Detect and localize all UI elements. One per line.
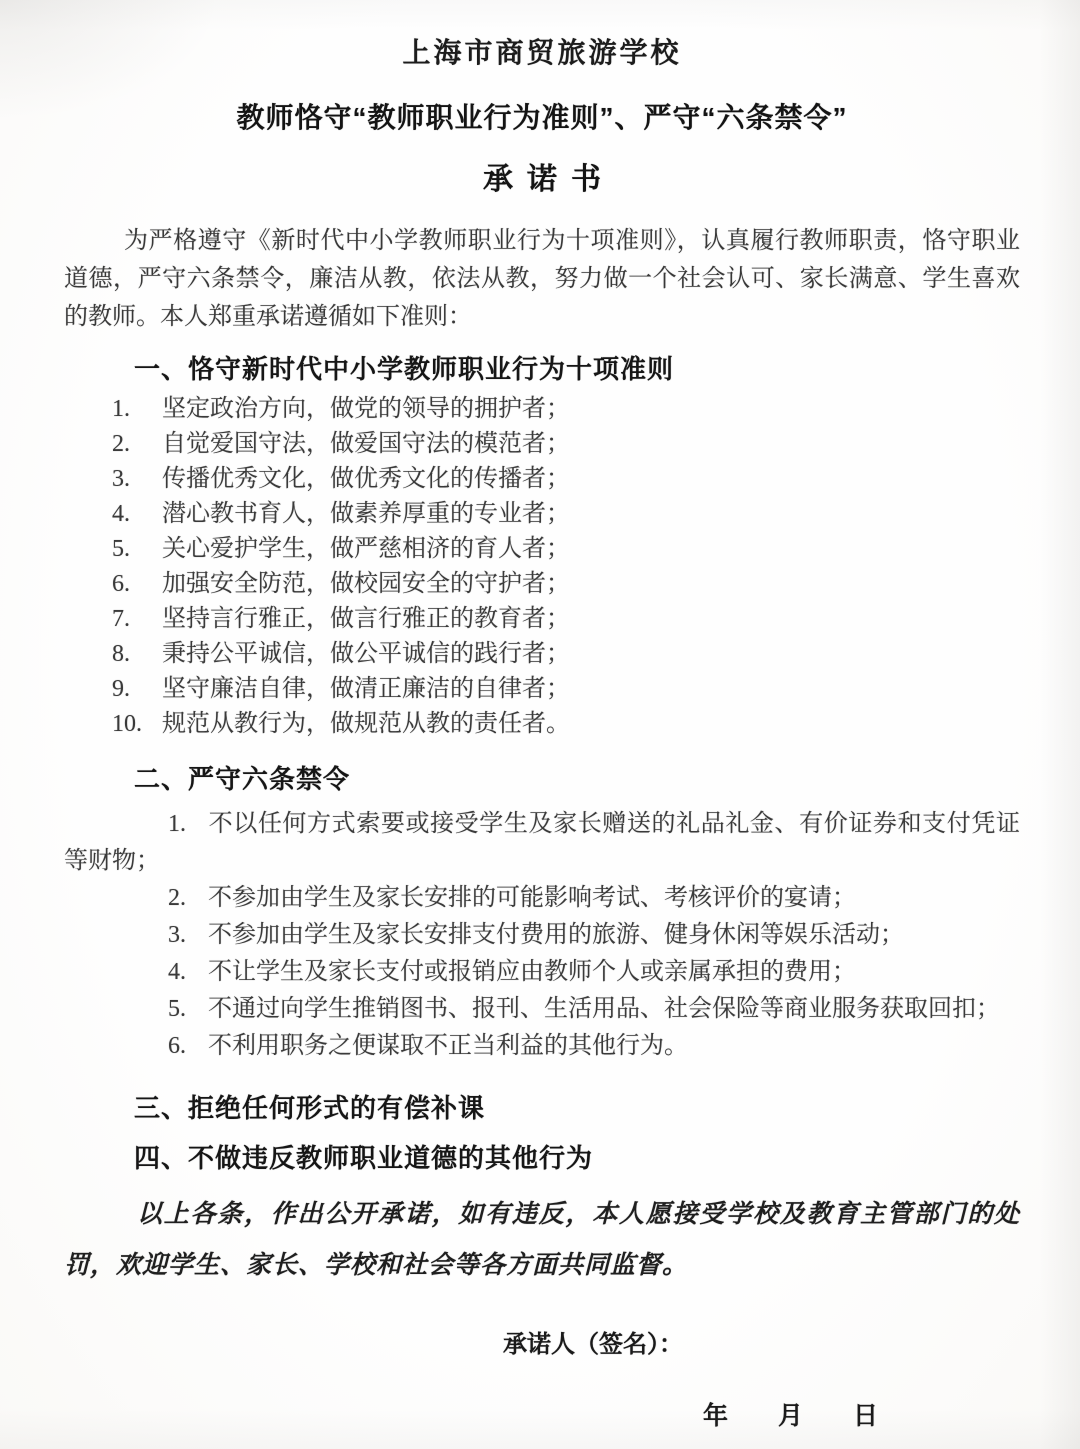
item-text: 潜心教书育人，做素养厚重的专业者； — [162, 497, 570, 532]
list-item: 6.不利用职务之便谋取不正当利益的其他行为。 — [64, 1028, 1020, 1065]
item-text: 不利用职务之便谋取不正当利益的其他行为。 — [208, 1033, 688, 1059]
list-item: 1.不以任何方式索要或接受学生及家长赠送的礼品礼金、有价证券和支付凭证等财物； — [64, 806, 1020, 880]
section-2-heading: 二、严守六条禁令 — [134, 762, 1020, 796]
item-text: 规范从教行为，做规范从教的责任者。 — [162, 707, 570, 742]
item-text: 不通过向学生推销图书、报刊、生活用品、社会保险等商业服务获取回扣； — [208, 996, 1000, 1022]
section-1-list: 1.坚定政治方向，做党的领导的拥护者； 2.自觉爱国守法，做爱国守法的模范者； … — [64, 392, 1020, 742]
closing-paragraph: 以上各条，作出公开承诺，如有违反，本人愿接受学校及教育主管部门的处罚，欢迎学生、… — [64, 1189, 1020, 1291]
item-number: 5. — [112, 532, 162, 567]
list-item: 4.不让学生及家长支付或报销应由教师个人或亲属承担的费用； — [64, 954, 1020, 991]
document-subtitle: 承诺书 — [64, 162, 1020, 198]
item-number: 4. — [168, 959, 186, 985]
list-item: 2.不参加由学生及家长安排的可能影响考试、考核评价的宴请； — [64, 880, 1020, 917]
item-number: 6. — [112, 567, 162, 602]
item-number: 4. — [112, 497, 162, 532]
item-number: 7. — [112, 602, 162, 637]
item-text: 秉持公平诚信，做公平诚信的践行者； — [162, 637, 570, 672]
list-item: 3.传播优秀文化，做优秀文化的传播者； — [112, 462, 1020, 497]
item-text: 关心爱护学生，做严慈相济的育人者； — [162, 532, 570, 567]
item-text: 坚定政治方向，做党的领导的拥护者； — [162, 392, 570, 427]
list-item: 3.不参加由学生及家长安排支付费用的旅游、健身休闲等娱乐活动； — [64, 917, 1020, 954]
section-3-heading: 三、拒绝任何形式的有偿补课 — [134, 1091, 1020, 1125]
item-text: 不参加由学生及家长安排的可能影响考试、考核评价的宴请； — [208, 885, 856, 911]
item-number: 3. — [112, 462, 162, 497]
item-text: 加强安全防范，做校园安全的守护者； — [162, 567, 570, 602]
item-number: 5. — [168, 996, 186, 1022]
list-item: 6.加强安全防范，做校园安全的守护者； — [112, 567, 1020, 602]
item-number: 2. — [112, 427, 162, 462]
school-name: 上海市商贸旅游学校 — [64, 36, 1020, 70]
date-year-label: 年 — [703, 1399, 728, 1433]
list-item: 9.坚守廉洁自律，做清正廉洁的自律者； — [112, 672, 1020, 707]
item-text: 传播优秀文化，做优秀文化的传播者； — [162, 462, 570, 497]
intro-paragraph: 为严格遵守《新时代中小学教师职业行为十项准则》，认真履行教师职责，恪守职业道德，… — [64, 222, 1020, 336]
item-text: 不让学生及家长支付或报销应由教师个人或亲属承担的费用； — [208, 959, 856, 985]
section-2-list: 1.不以任何方式索要或接受学生及家长赠送的礼品礼金、有价证券和支付凭证等财物； … — [64, 806, 1020, 1065]
item-number: 2. — [168, 885, 186, 911]
list-item: 5.不通过向学生推销图书、报刊、生活用品、社会保险等商业服务获取回扣； — [64, 991, 1020, 1028]
section-4-heading: 四、不做违反教师职业道德的其他行为 — [134, 1141, 1020, 1175]
list-item: 8.秉持公平诚信，做公平诚信的践行者； — [112, 637, 1020, 672]
item-text: 坚持言行雅正，做言行雅正的教育者； — [162, 602, 570, 637]
list-item: 7.坚持言行雅正，做言行雅正的教育者； — [112, 602, 1020, 637]
item-text: 坚守廉洁自律，做清正廉洁的自律者； — [162, 672, 570, 707]
item-number: 1. — [112, 392, 162, 427]
date-day-label: 日 — [853, 1399, 878, 1433]
date-line: 年 月 日 — [703, 1399, 1020, 1433]
signature-label: 承诺人（签名）： — [503, 1327, 1020, 1363]
document-title: 教师恪守“教师职业行为准则”、严守“六条禁令” — [64, 100, 1020, 136]
item-text: 不以任何方式索要或接受学生及家长赠送的礼品礼金、有价证券和支付凭证等财物； — [64, 811, 1020, 874]
list-item: 2.自觉爱国守法，做爱国守法的模范者； — [112, 427, 1020, 462]
date-month-label: 月 — [778, 1399, 803, 1433]
item-number: 3. — [168, 922, 186, 948]
section-1-heading: 一、恪守新时代中小学教师职业行为十项准则 — [134, 352, 1020, 386]
commitment-letter-page: 上海市商贸旅游学校 教师恪守“教师职业行为准则”、严守“六条禁令” 承诺书 为严… — [0, 0, 1080, 1449]
list-item: 5.关心爱护学生，做严慈相济的育人者； — [112, 532, 1020, 567]
list-item: 1.坚定政治方向，做党的领导的拥护者； — [112, 392, 1020, 427]
item-number: 6. — [168, 1033, 186, 1059]
item-text: 不参加由学生及家长安排支付费用的旅游、健身休闲等娱乐活动； — [208, 922, 904, 948]
list-item: 4.潜心教书育人，做素养厚重的专业者； — [112, 497, 1020, 532]
item-number: 10. — [112, 707, 162, 742]
item-number: 9. — [112, 672, 162, 707]
list-item: 10.规范从教行为，做规范从教的责任者。 — [112, 707, 1020, 742]
item-number: 1. — [168, 811, 186, 837]
item-text: 自觉爱国守法，做爱国守法的模范者； — [162, 427, 570, 462]
item-number: 8. — [112, 637, 162, 672]
